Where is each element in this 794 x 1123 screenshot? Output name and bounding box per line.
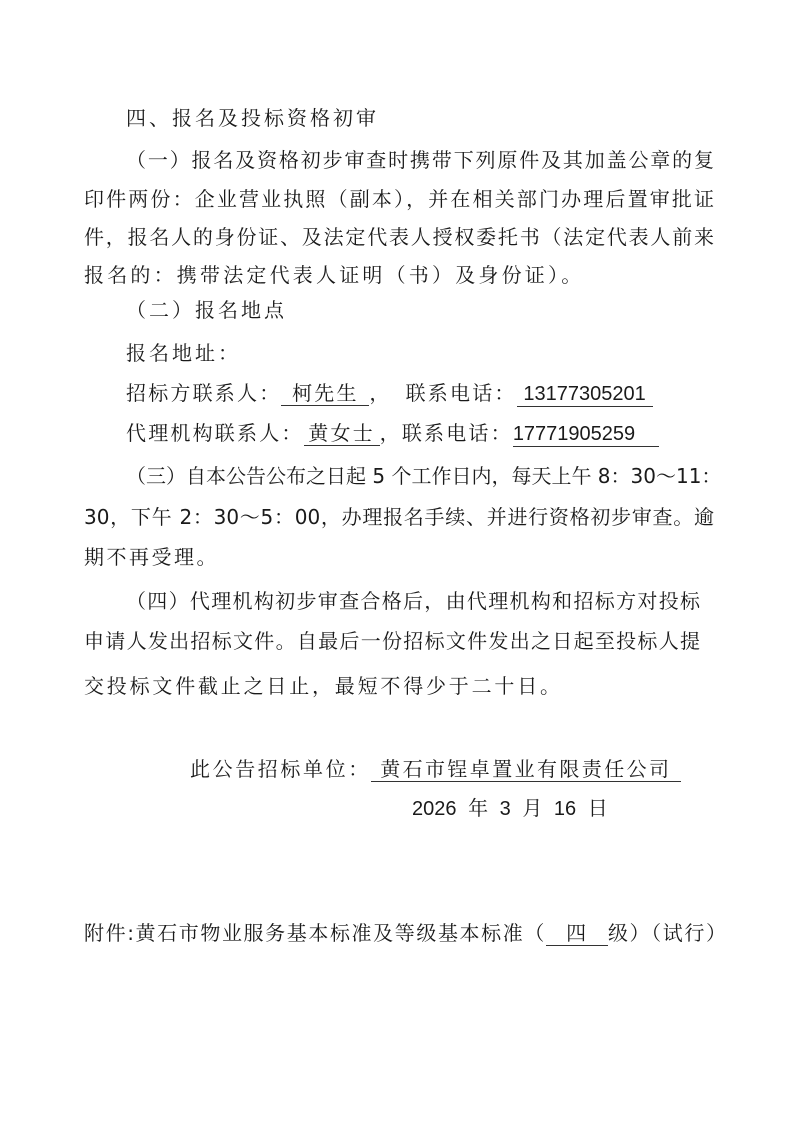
item3-line-3: 期不再受理。 <box>84 543 714 571</box>
attachment-suffix: 级）（试行） <box>608 921 728 945</box>
signature-date: 2026 年 3 月 16 日 <box>412 794 794 823</box>
comma: ， <box>369 381 391 405</box>
agency-contact-name: 黄女士 <box>304 421 380 446</box>
signature-row: 此公告招标单位：黄石市锃卓置业有限责任公司 <box>190 755 794 783</box>
item4-line-3: 交投标文件截止之日止，最短不得少于二十日。 <box>84 672 714 700</box>
tenderer-contact-name: 柯先生 <box>281 381 369 406</box>
item4-line-1: （四）代理机构初步审查合格后，由代理机构和招标方对投标 <box>126 587 700 615</box>
attachment-prefix: 附件:黄石市物业服务基本标准及等级基本标准（ <box>84 921 546 945</box>
tenderer-contact-label: 招标方联系人： <box>126 381 281 405</box>
date-year: 2026 <box>412 798 457 820</box>
date-day-unit: 日 <box>588 796 608 820</box>
item1-line-3: 件，报名人的身份证、及法定代表人授权委托书（法定代表人前来 <box>84 223 714 251</box>
item1-line-1: （一）报名及资格初步审查时携带下列原件及其加盖公章的复 <box>126 146 714 174</box>
attachment-line: 附件:黄石市物业服务基本标准及等级基本标准（四级）（试行） <box>84 919 724 947</box>
phone-label: 联系电话： <box>406 381 517 405</box>
attachment-level: 四 <box>546 921 608 946</box>
company-name: 黄石市锃卓置业有限责任公司 <box>371 757 681 782</box>
tenderer-contact-row: 招标方联系人：柯先生，联系电话：13177305201 <box>126 379 756 407</box>
date-month: 3 <box>500 798 511 820</box>
comma: ， <box>380 421 402 445</box>
item3-line-1: （三）自本公告公布之日起 5 个工作日内，每天上午 8：30～11： <box>126 462 714 490</box>
item1-line-4: 报名的：携带法定代表人证明（书）及身份证）。 <box>84 261 714 289</box>
agency-contact-row: 代理机构联系人：黄女士，联系电话：17771905259 <box>126 419 756 447</box>
agency-phone: 17771905259 <box>513 422 659 447</box>
date-day: 16 <box>554 798 576 820</box>
item2-title: （二）报名地点 <box>126 296 756 324</box>
tenderer-phone: 13177305201 <box>517 382 653 407</box>
item3-line-2: 30，下午 2：30～5：00，办理报名手续、并进行资格初步审查。逾 <box>84 503 714 531</box>
item4-line-2: 申请人发出招标文件。自最后一份招标文件发出之日起至投标人提 <box>84 627 700 655</box>
section-heading: 四、报名及投标资格初审 <box>126 104 756 132</box>
date-month-unit: 月 <box>522 796 542 820</box>
item1-line-2: 印件两份：企业营业执照（副本），并在相关部门办理后置审批证 <box>84 185 714 213</box>
agency-contact-label: 代理机构联系人： <box>126 421 304 445</box>
address-label: 报名地址： <box>126 339 756 367</box>
phone-label: 联系电话： <box>402 421 513 445</box>
date-year-unit: 年 <box>468 796 488 820</box>
signature-label: 此公告招标单位： <box>190 757 371 781</box>
